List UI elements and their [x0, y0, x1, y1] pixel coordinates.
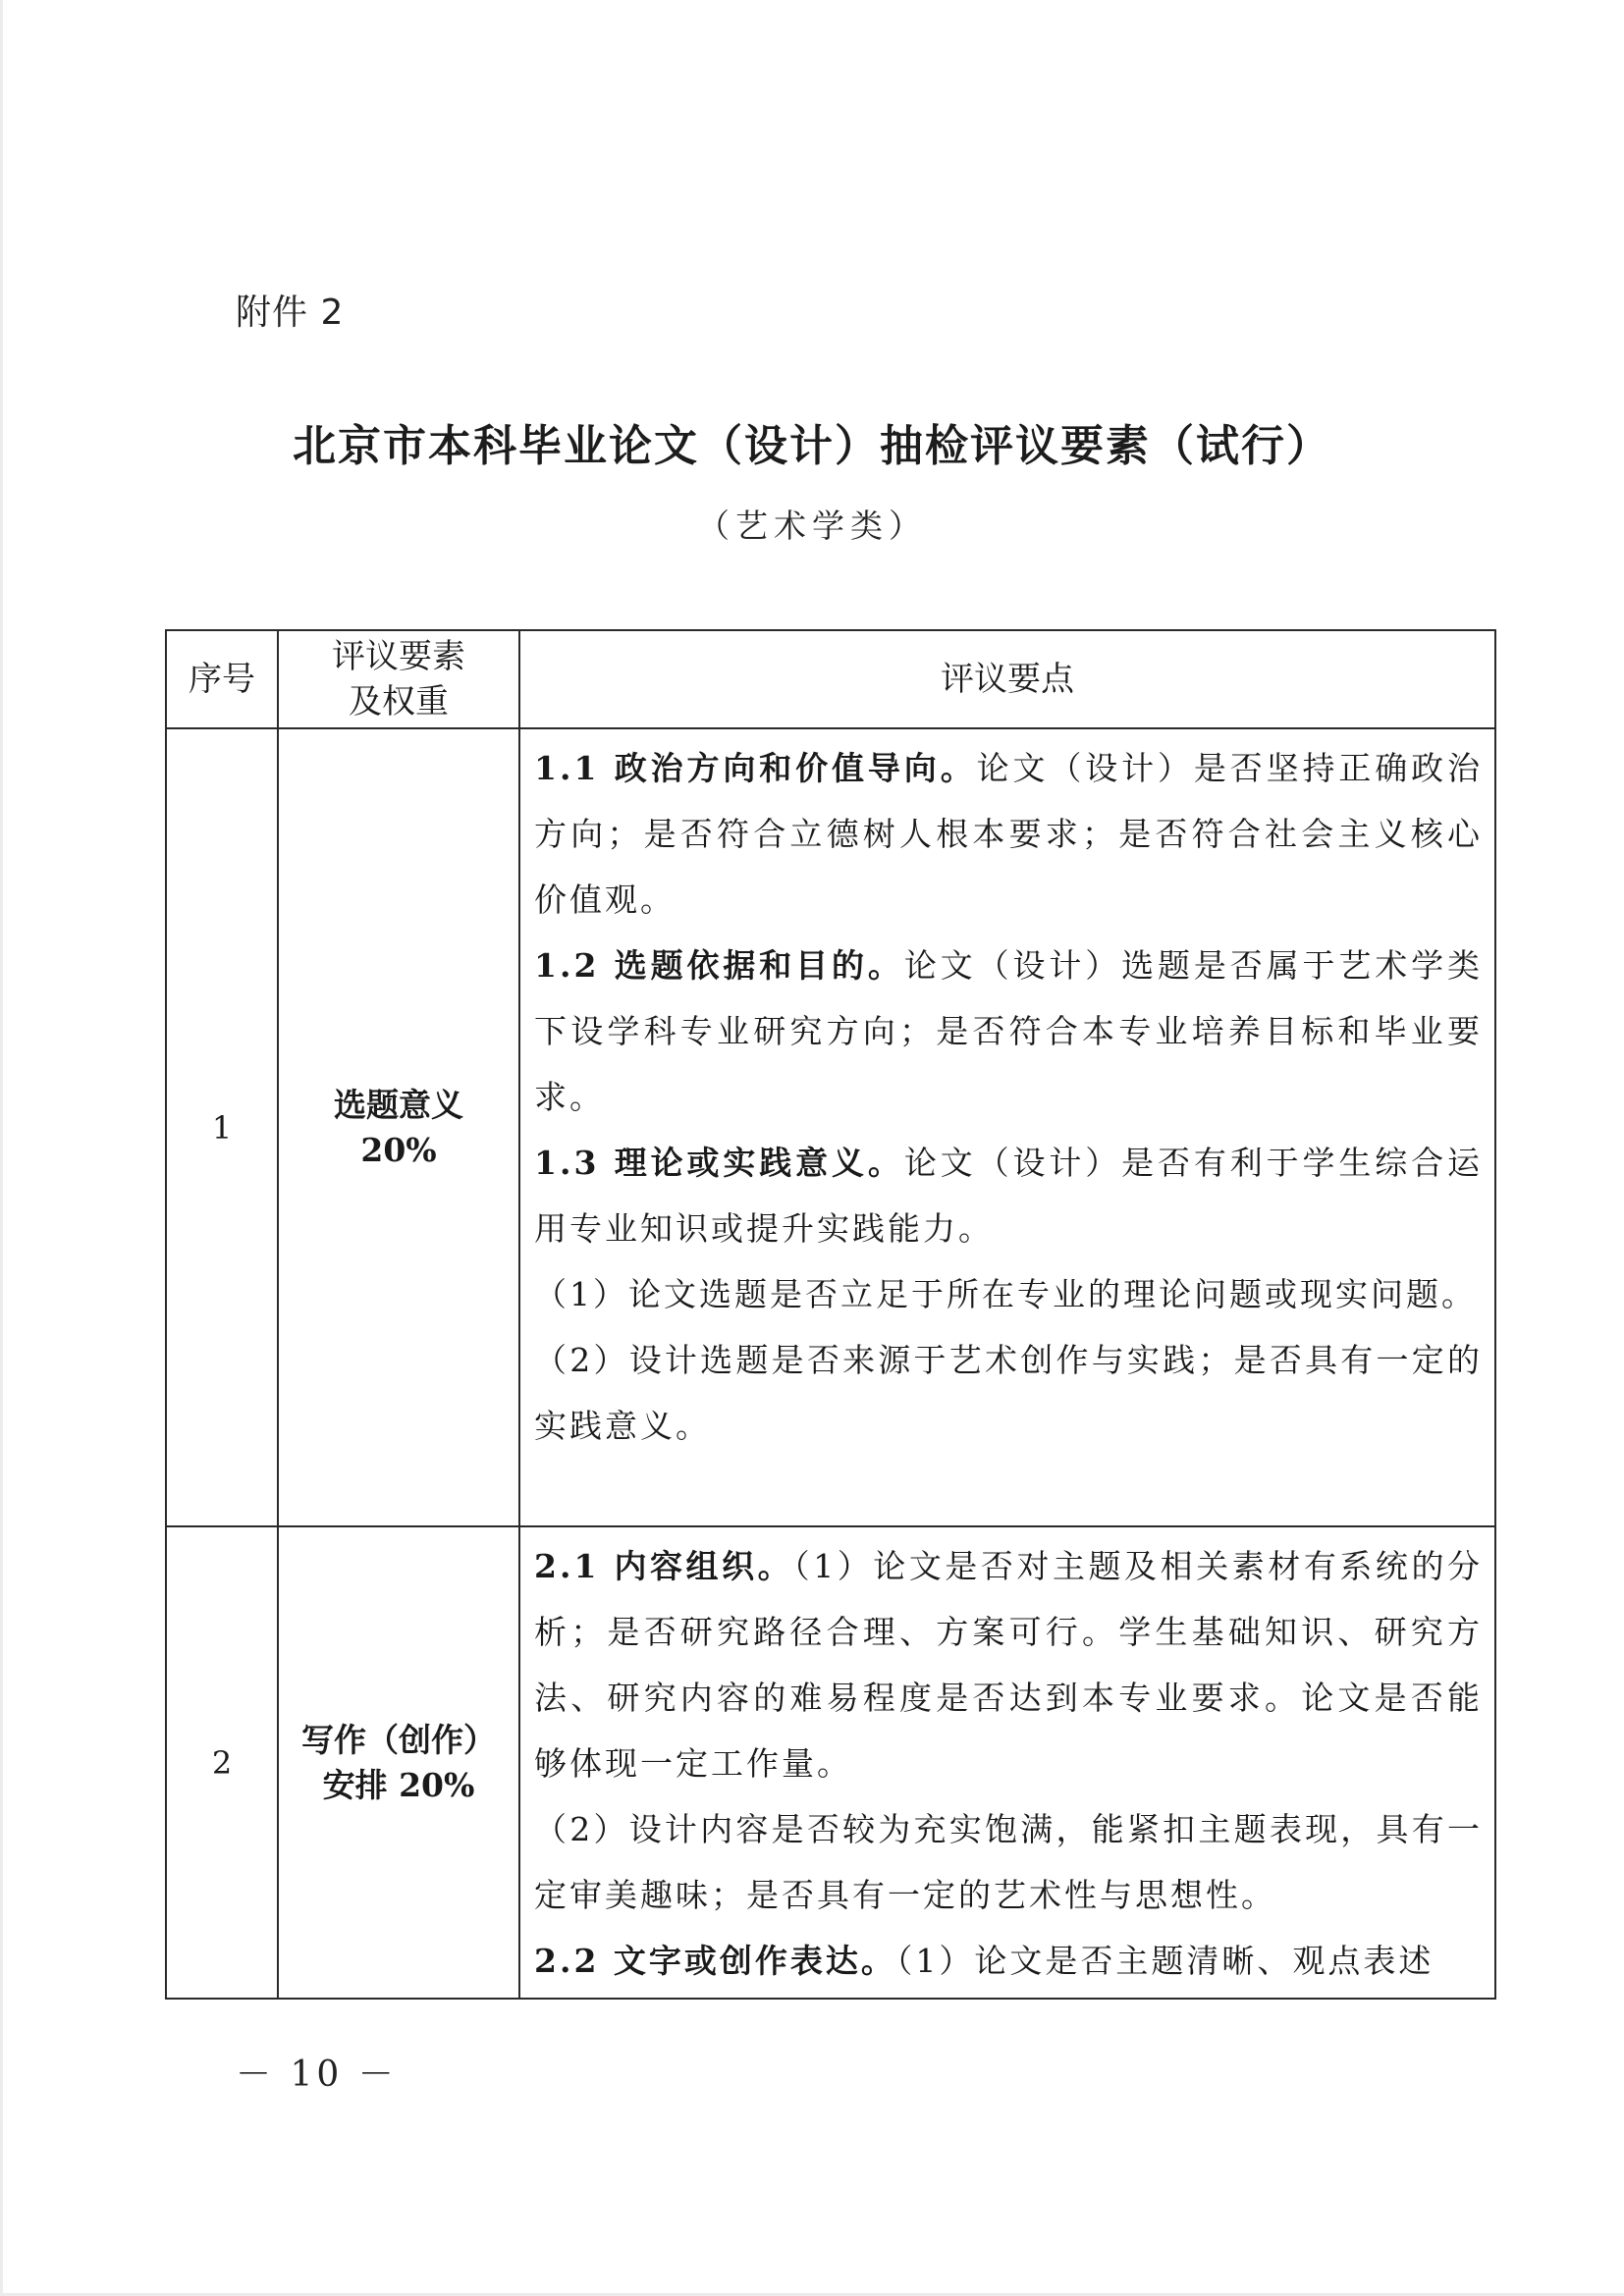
row-element-name: 选题意义: [279, 1083, 518, 1128]
point-heading: 1.3 理论或实践意义。: [534, 1144, 904, 1182]
row-element-weight: 20%: [279, 1128, 518, 1173]
row-seq: 2: [166, 1526, 278, 1999]
point-text: （1）论文是否主题清晰、观点表述: [896, 1942, 1435, 1980]
point-item: （1）论文选题是否立足于所在专业的理论问题或现实问题。: [534, 1261, 1483, 1327]
header-element-line1: 评议要素: [279, 634, 518, 679]
point-text: （2）设计选题是否来源于艺术创作与实践；是否具有一定的实践意义。: [534, 1341, 1483, 1445]
document-title: 北京市本科毕业论文（设计）抽检评议要素（试行）: [0, 410, 1624, 473]
point-heading: 2.1 内容组织。: [534, 1547, 793, 1585]
header-seq: 序号: [166, 630, 278, 728]
header-points: 评议要点: [519, 630, 1495, 728]
header-element-line2: 及权重: [279, 679, 518, 724]
row-element-name: 写作（创作）: [279, 1718, 518, 1763]
point-item: （2）设计选题是否来源于艺术创作与实践；是否具有一定的实践意义。: [534, 1327, 1483, 1459]
point-heading: 1.2 选题依据和目的。: [534, 946, 904, 985]
table-row: 1 选题意义 20% 1.1 政治方向和价值导向。论文（设计）是否坚持正确政治方…: [166, 728, 1495, 1526]
page-number: － 10 －: [236, 2047, 398, 2097]
point-text: （1）论文选题是否立足于所在专业的理论问题或现实问题。: [534, 1275, 1477, 1313]
evaluation-table: 序号 评议要素 及权重 评议要点 1 选题意义 20% 1.1 政治方向和价值导…: [165, 629, 1496, 2000]
document-subtitle: （艺术学类）: [0, 501, 1624, 547]
point-item: 1.1 政治方向和价值导向。论文（设计）是否坚持正确政治方向；是否符合立德树人根…: [534, 735, 1483, 933]
row-element-weight: 安排 20%: [279, 1763, 518, 1808]
row-points: 1.1 政治方向和价值导向。论文（设计）是否坚持正确政治方向；是否符合立德树人根…: [519, 728, 1495, 1526]
scan-edge-left: [0, 0, 3, 2296]
point-heading: 2.2 文字或创作表达。: [534, 1942, 896, 1980]
row-points: 2.1 内容组织。（1）论文是否对主题及相关素材有系统的分析；是否研究路径合理、…: [519, 1526, 1495, 1999]
point-item: 1.2 选题依据和目的。论文（设计）选题是否属于艺术学类下设学科专业研究方向；是…: [534, 933, 1483, 1130]
point-heading: 1.1 政治方向和价值导向。: [534, 749, 977, 787]
point-item: （2）设计内容是否较为充实饱满，能紧扣主题表现，具有一定审美趣味；是否具有一定的…: [534, 1796, 1483, 1928]
point-text: （2）设计内容是否较为充实饱满，能紧扣主题表现，具有一定审美趣味；是否具有一定的…: [534, 1810, 1483, 1914]
point-item: 2.1 内容组织。（1）论文是否对主题及相关素材有系统的分析；是否研究路径合理、…: [534, 1533, 1483, 1796]
point-item: 1.3 理论或实践意义。论文（设计）是否有利于学生综合运用专业知识或提升实践能力…: [534, 1130, 1483, 1261]
attachment-label: 附件 2: [236, 285, 344, 335]
table-header-row: 序号 评议要素 及权重 评议要点: [166, 630, 1495, 728]
row-element: 选题意义 20%: [278, 728, 519, 1526]
point-item: 2.2 文字或创作表达。（1）论文是否主题清晰、观点表述: [534, 1928, 1483, 1994]
header-element: 评议要素 及权重: [278, 630, 519, 728]
row-element: 写作（创作） 安排 20%: [278, 1526, 519, 1999]
table-row: 2 写作（创作） 安排 20% 2.1 内容组织。（1）论文是否对主题及相关素材…: [166, 1526, 1495, 1999]
row-seq: 1: [166, 728, 278, 1526]
